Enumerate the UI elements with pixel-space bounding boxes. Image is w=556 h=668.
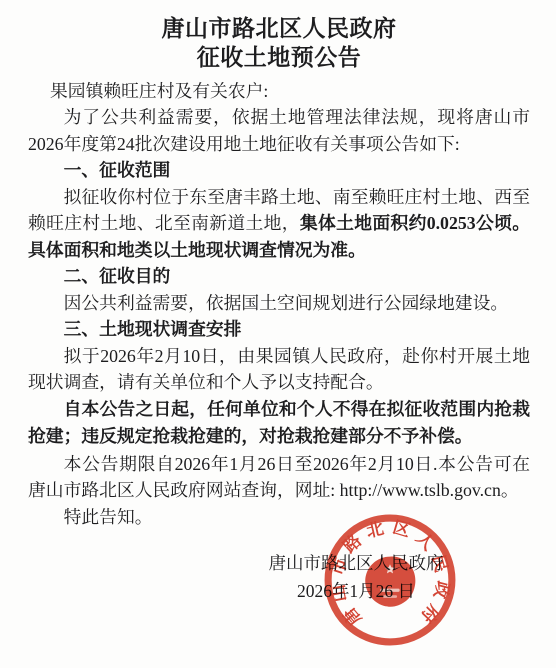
section-heading-purpose: 二、征收目的 [28,263,530,290]
document-body: 唐山市路北区人民政府 征收土地预公告 果园镇赖旺庄村及有关农户: 为了公共利益需… [0,0,556,530]
paragraph-purpose: 因公共利益需要，依据国土空间规划进行公园绿地建设。 [28,290,530,317]
doc-title-line2: 征收土地预公告 [28,43,530,72]
national-emblem-icon [365,557,415,607]
document-page: 唐山市路北区人民政府 征收土地预公告 果园镇赖旺庄村及有关农户: 为了公共利益需… [0,0,556,668]
paragraph-warning: 自本公告之日起，任何单位和个人不得在拟征收范围内抢栽抢建；违反规定抢栽抢建的，对… [28,396,530,451]
paragraph-intro: 为了公共利益需要，依据土地管理法律法规，现将唐山市2026年度第24批次建设用地… [28,104,530,157]
section-heading-survey: 三、土地现状调查安排 [28,316,530,343]
paragraph-survey: 拟于2026年2月10日，由果园镇人民政府，赴你村开展土地现状调查，请有关单位和… [28,343,530,396]
official-seal: 唐山市路北区人民政府 [321,511,459,649]
doc-title: 唐山市路北区人民政府 征收土地预公告 [28,14,530,72]
paragraph-period: 本公告期限自2026年1月26日至2026年2月10日.本公告可在唐山市路北区人… [28,451,530,504]
section-heading-scope: 一、征收范围 [28,157,530,184]
paragraph-scope: 拟征收你村位于东至唐丰路土地、南至赖旺庄村土地、西至赖旺庄村土地、北至南新道土地… [28,184,530,264]
doc-title-line1: 唐山市路北区人民政府 [28,14,530,43]
salutation: 果园镇赖旺庄村及有关农户: [28,78,530,104]
